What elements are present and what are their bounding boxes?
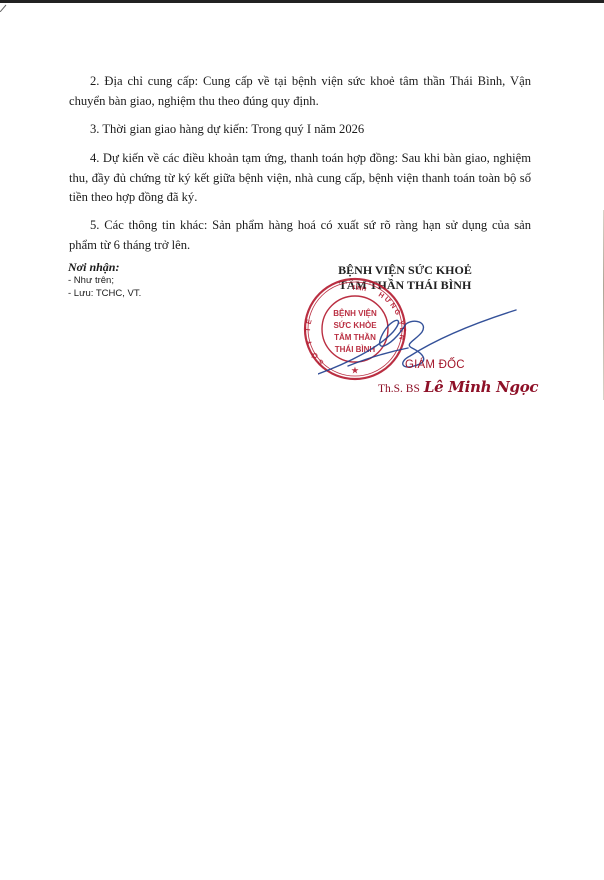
- svg-text:TỈNH: TỈNH: [352, 285, 367, 293]
- paragraph-delivery-address: 2. Địa chỉ cung cấp: Cung cấp về tại bện…: [69, 72, 531, 111]
- recipients-label: Nơi nhận:: [68, 260, 141, 275]
- signer-role: GIÁM ĐỐC: [405, 359, 465, 371]
- paragraph-delivery-time: 3. Thời gian giao hàng dự kiến: Trong qu…: [69, 120, 531, 140]
- signer-degree: Th.S. BS: [378, 383, 420, 395]
- recipients-block: Nơi nhận: - Như trên; - Lưu: TCHC, VT.: [68, 260, 141, 300]
- paragraph-text: 3. Thời gian giao hàng dự kiến: Trong qu…: [90, 122, 364, 136]
- signer-name-line: Th.S. BS Lê Minh Ngọc: [378, 378, 538, 397]
- corner-resize-mark-icon: [0, 4, 8, 12]
- paragraph-text: 2. Địa chỉ cung cấp: Cung cấp về tại bện…: [69, 74, 531, 108]
- paragraph-payment-terms: 4. Dự kiến về các điều khoản tạm ứng, th…: [69, 149, 531, 208]
- paragraph-text: 4. Dự kiến về các điều khoản tạm ứng, th…: [69, 151, 531, 204]
- recipient-item: - Lưu: TCHC, VT.: [68, 288, 141, 301]
- paragraph-other-info: 5. Các thông tin khác: Sản phẩm hàng hoá…: [69, 216, 531, 255]
- scan-top-border: [0, 0, 604, 3]
- signer-name: Lê Minh Ngọc: [424, 378, 538, 396]
- stamp-outer-top-text: TỈNH: [352, 285, 367, 293]
- recipient-item: - Như trên;: [68, 275, 141, 288]
- paragraph-text: 5. Các thông tin khác: Sản phẩm hàng hoá…: [69, 218, 531, 252]
